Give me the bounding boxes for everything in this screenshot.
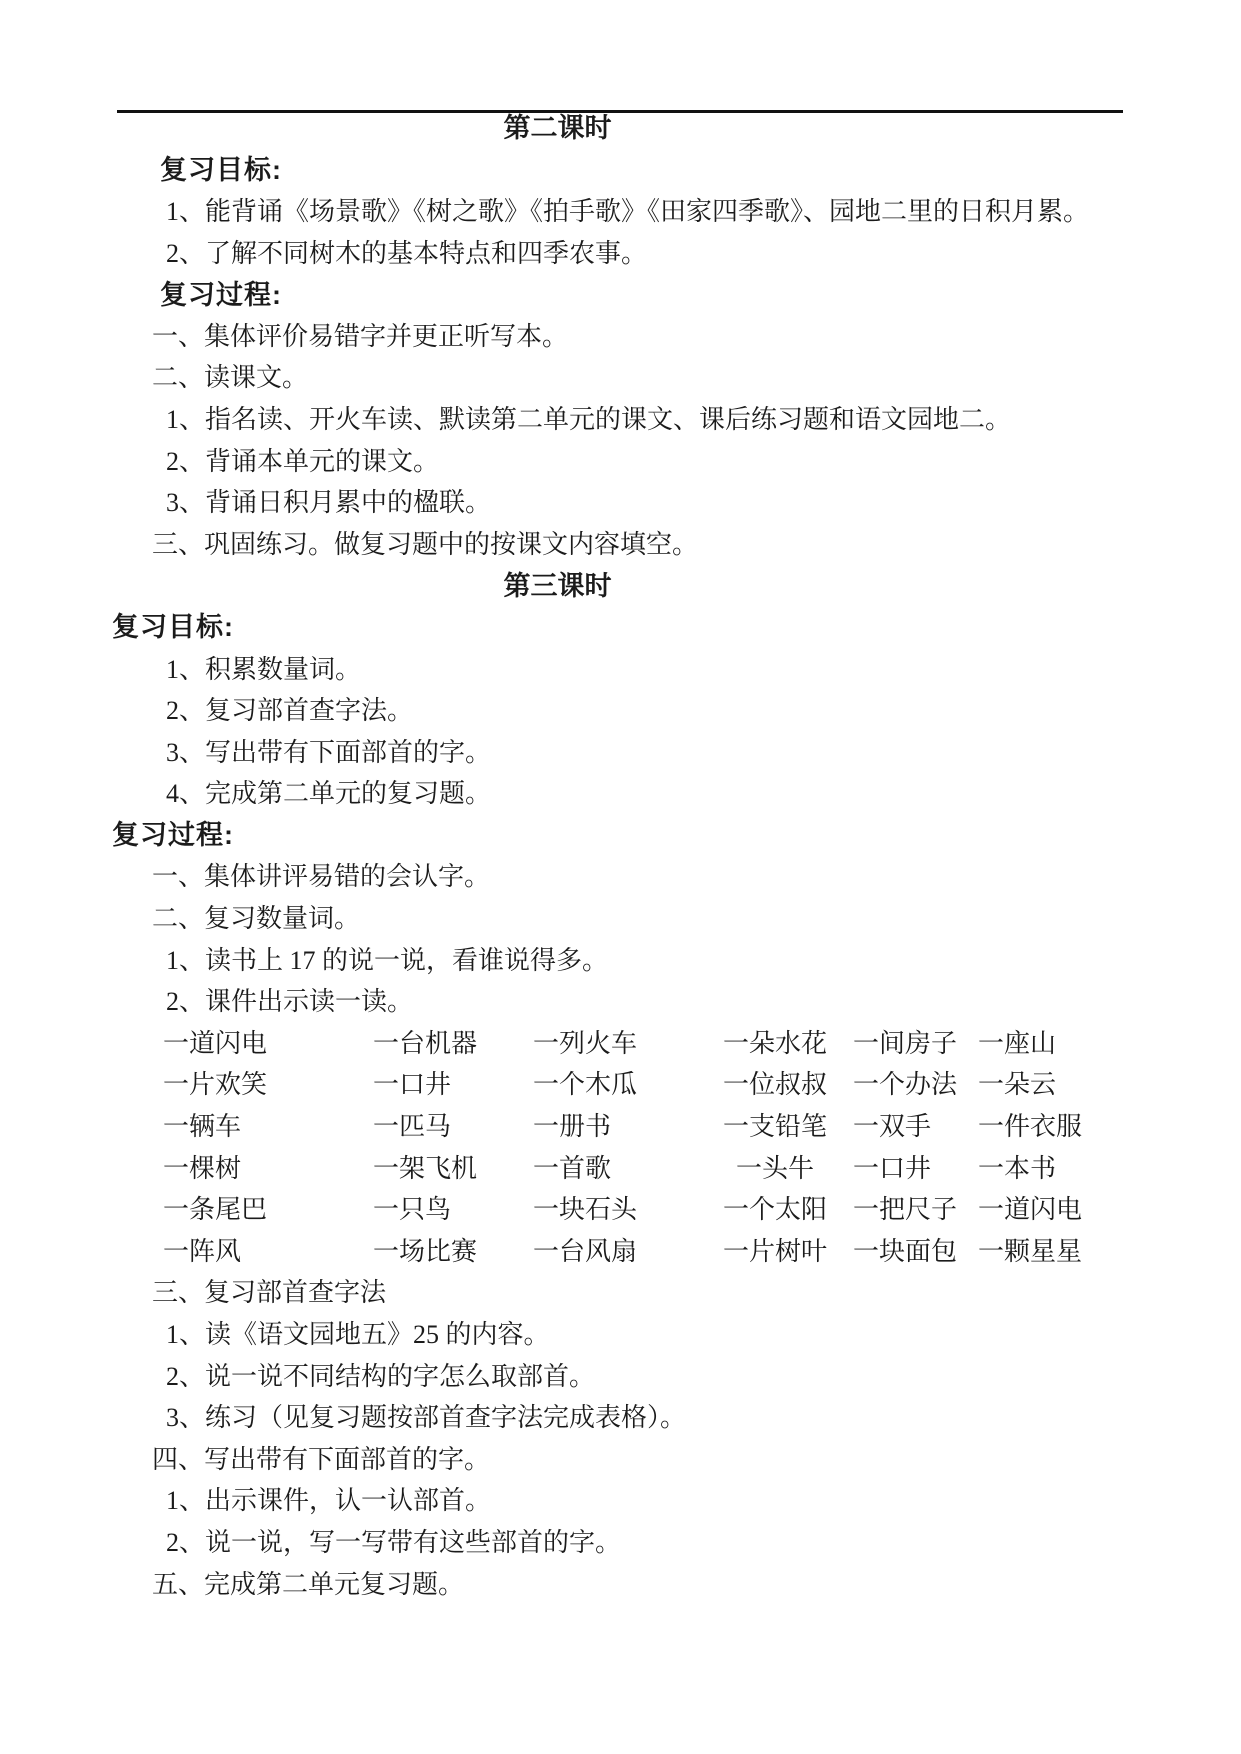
word-grid-row: 一片欢笑 一口井 一个木瓜 一位叔叔 一个办法 一朵云 <box>0 1065 1241 1107</box>
lesson3-goal-item: 3、写出带有下面部首的字。 <box>0 732 1241 774</box>
word-grid-row: 一棵树 一架飞机 一首歌 一头牛 一口井 一本书 <box>0 1148 1241 1190</box>
lesson2-process-item: 2、背诵本单元的课文。 <box>0 441 1241 483</box>
word-cell: 一口井 <box>373 1072 451 1098</box>
lesson3-goal-item: 2、复习部首查字法。 <box>0 690 1241 732</box>
word-cell: 一双手 <box>853 1114 931 1140</box>
word-cell: 一册书 <box>533 1114 611 1140</box>
lesson3-goals-heading: 复习目标: <box>0 607 1241 649</box>
lesson3-process-item: 1、读《语文园地五》25 的内容。 <box>0 1314 1241 1356</box>
lesson3-process-item: 2、课件出示读一读。 <box>0 981 1241 1023</box>
lesson3-process-item: 四、写出带有下面部首的字。 <box>0 1439 1241 1481</box>
lesson2-goal-item: 2、了解不同树木的基本特点和四季农事。 <box>0 233 1241 275</box>
document-page: 第二课时 复习目标: 1、能背诵《场景歌》《树之歌》《拍手歌》《田家四季歌》、园… <box>0 0 1241 1754</box>
lesson2-title: 第二课时 <box>0 108 1115 150</box>
lesson3-process-item: 五、完成第二单元复习题。 <box>0 1564 1241 1606</box>
word-grid-row: 一道闪电 一台机器 一列火车 一朵水花 一间房子 一座山 <box>0 1023 1241 1065</box>
word-cell: 一头牛 <box>700 1156 850 1182</box>
lesson3-goal-item: 1、积累数量词。 <box>0 649 1241 691</box>
word-cell: 一块面包 <box>853 1239 957 1265</box>
word-cell: 一架飞机 <box>373 1156 477 1182</box>
word-cell: 一口井 <box>853 1156 931 1182</box>
word-cell: 一匹马 <box>373 1114 451 1140</box>
word-cell: 一颗星星 <box>978 1239 1082 1265</box>
lesson2-goal-item: 1、能背诵《场景歌》《树之歌》《拍手歌》《田家四季歌》、园地二里的日积月累。 <box>0 191 1241 233</box>
word-cell: 一个办法 <box>853 1072 957 1098</box>
word-cell: 一位叔叔 <box>700 1072 850 1098</box>
lesson2-process-item: 三、巩固练习。做复习题中的按课文内容填空。 <box>0 524 1241 566</box>
lesson3-process-item: 1、出示课件，认一认部首。 <box>0 1481 1241 1523</box>
word-cell: 一座山 <box>978 1031 1056 1057</box>
lesson2-process-item: 一、集体评价易错字并更正听写本。 <box>0 316 1241 358</box>
word-cell: 一个太阳 <box>700 1197 850 1223</box>
document-content: 第二课时 复习目标: 1、能背诵《场景歌》《树之歌》《拍手歌》《田家四季歌》、园… <box>0 108 1241 1605</box>
word-grid-row: 一辆车 一匹马 一册书 一支铅笔 一双手 一件衣服 <box>0 1106 1241 1148</box>
word-cell: 一台风扇 <box>533 1239 637 1265</box>
word-cell: 一辆车 <box>163 1114 241 1140</box>
lesson3-process-item: 2、说一说不同结构的字怎么取部首。 <box>0 1356 1241 1398</box>
word-cell: 一朵云 <box>978 1072 1056 1098</box>
word-cell: 一片欢笑 <box>163 1072 267 1098</box>
word-cell: 一块石头 <box>533 1197 637 1223</box>
word-cell: 一只鸟 <box>373 1197 451 1223</box>
lesson3-process-heading: 复习过程: <box>0 815 1241 857</box>
lesson3-process-item: 二、复习数量词。 <box>0 898 1241 940</box>
lesson2-process-item: 二、读课文。 <box>0 358 1241 400</box>
lesson2-process-heading: 复习过程: <box>0 274 1241 316</box>
word-cell: 一支铅笔 <box>700 1114 850 1140</box>
lesson3-process-item: 一、集体讲评易错的会认字。 <box>0 857 1241 899</box>
word-cell: 一道闪电 <box>978 1197 1082 1223</box>
word-cell: 一把尺子 <box>853 1197 957 1223</box>
word-cell: 一个木瓜 <box>533 1072 637 1098</box>
word-cell: 一片树叶 <box>700 1239 850 1265</box>
word-cell: 一棵树 <box>163 1156 241 1182</box>
word-cell: 一首歌 <box>533 1156 611 1182</box>
lesson3-process-item: 1、读书上 17 的说一说，看谁说得多。 <box>0 940 1241 982</box>
lesson3-process-item: 3、练习（见复习题按部首查字法完成表格）。 <box>0 1397 1241 1439</box>
word-cell: 一本书 <box>978 1156 1056 1182</box>
lesson3-title: 第三课时 <box>0 566 1115 608</box>
word-cell: 一条尾巴 <box>163 1197 267 1223</box>
lesson3-goal-item: 4、完成第二单元的复习题。 <box>0 774 1241 816</box>
word-cell: 一场比赛 <box>373 1239 477 1265</box>
word-cell: 一朵水花 <box>700 1031 850 1057</box>
lesson2-process-item: 1、指名读、开火车读、默读第二单元的课文、课后练习题和语文园地二。 <box>0 399 1241 441</box>
word-cell: 一列火车 <box>533 1031 637 1057</box>
word-cell: 一阵风 <box>163 1239 241 1265</box>
word-cell: 一件衣服 <box>978 1114 1082 1140</box>
lesson2-goals-heading: 复习目标: <box>0 150 1241 192</box>
word-grid-row: 一阵风 一场比赛 一台风扇 一片树叶 一块面包 一颗星星 <box>0 1231 1241 1273</box>
lesson3-process-item: 2、说一说，写一写带有这些部首的字。 <box>0 1522 1241 1564</box>
lesson2-process-item: 3、背诵日积月累中的楹联。 <box>0 482 1241 524</box>
word-grid-row: 一条尾巴 一只鸟 一块石头 一个太阳 一把尺子 一道闪电 <box>0 1189 1241 1231</box>
word-cell: 一台机器 <box>373 1031 477 1057</box>
word-cell: 一间房子 <box>853 1031 957 1057</box>
lesson3-process-item: 三、复习部首查字法 <box>0 1273 1241 1315</box>
word-cell: 一道闪电 <box>163 1031 267 1057</box>
